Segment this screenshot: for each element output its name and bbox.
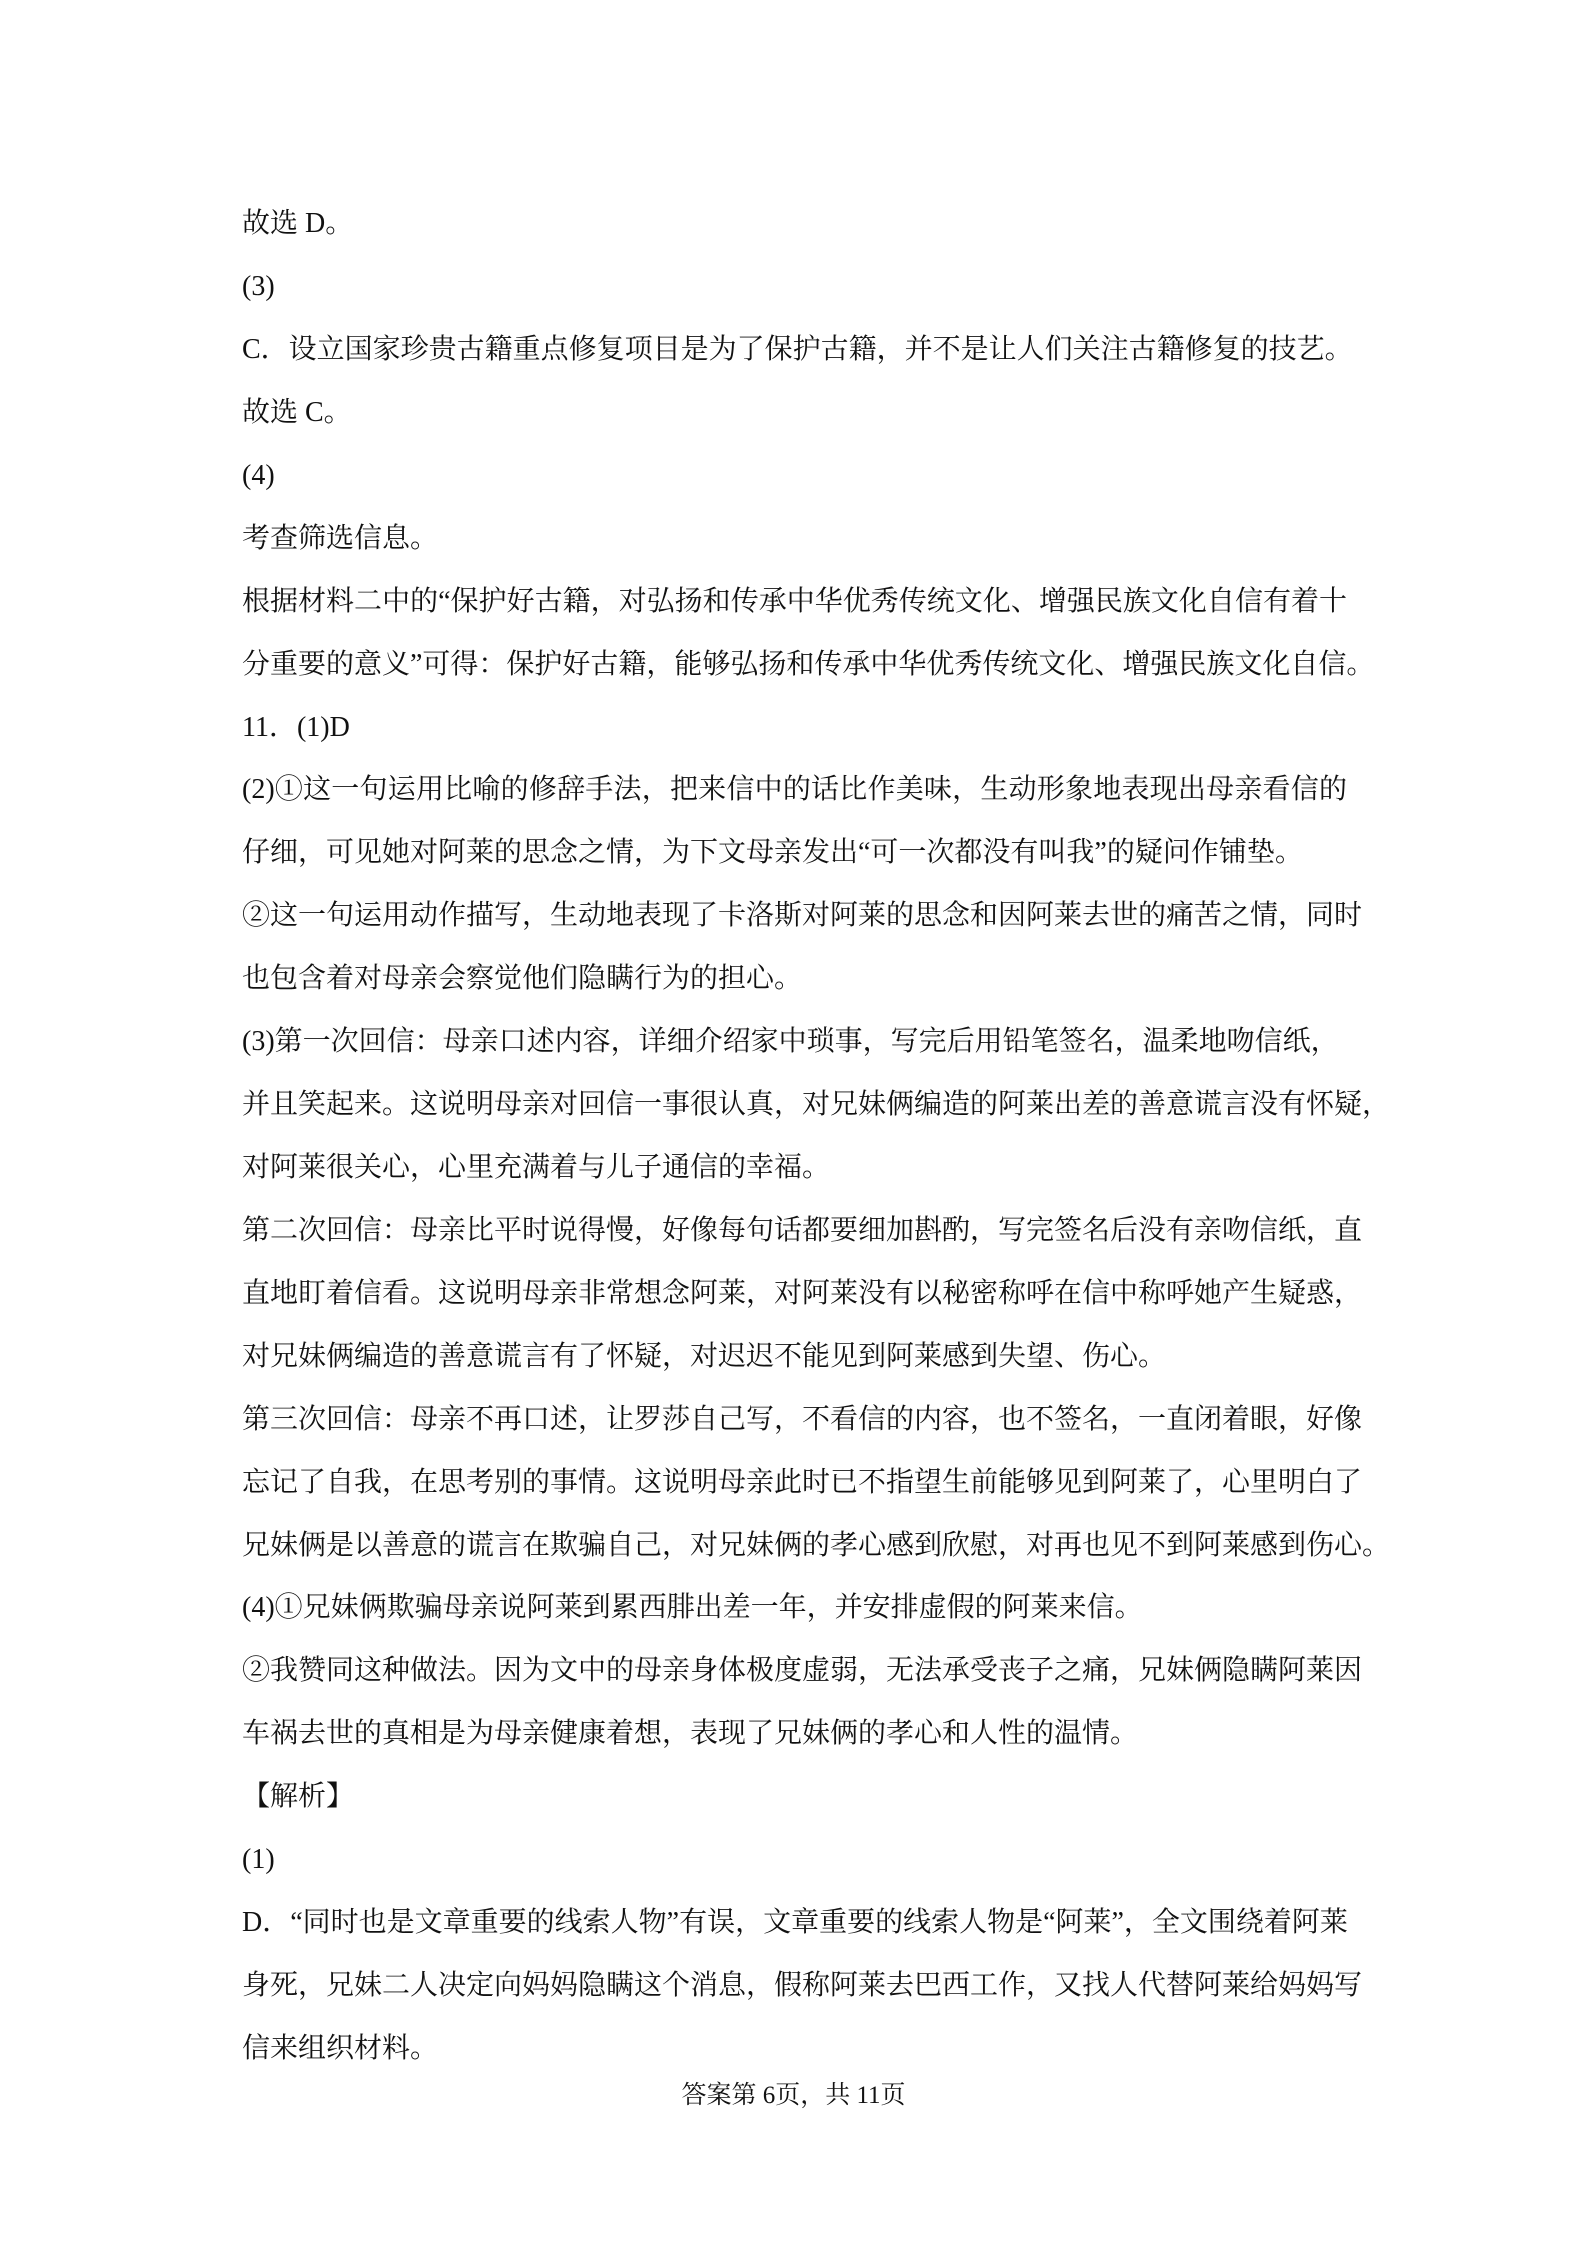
text-line: 对兄妹俩编造的善意谎言有了怀疑，对迟迟不能见到阿莱感到失望、伤心。 <box>242 1337 1166 1377</box>
text-line: (3) <box>242 267 275 307</box>
document-page: 故选 D。(3)C．设立国家珍贵古籍重点修复项目是为了保护古籍，并不是让人们关注… <box>0 0 1587 2245</box>
text-line: 信来组织材料。 <box>242 2029 438 2069</box>
text-line: ②这一句运用动作描写，生动地表现了卡洛斯对阿莱的思念和因阿莱去世的痛苦之情，同时 <box>242 896 1347 936</box>
text-line: 仔细，可见她对阿莱的思念之情，为下文母亲发出“可一次都没有叫我”的疑问作铺垫。 <box>242 833 1303 873</box>
text-line: 11．(1)D <box>242 708 350 748</box>
text-line: 忘记了自我，在思考别的事情。这说明母亲此时已不指望生前能够见到阿莱了，心里明白了 <box>242 1463 1347 1503</box>
text-line: 对阿莱很关心，心里充满着与儿子通信的幸福。 <box>242 1148 830 1188</box>
text-line: 兄妹俩是以善意的谎言在欺骗自己，对兄妹俩的孝心感到欣慰，对再也见不到阿莱感到伤心… <box>242 1526 1347 1566</box>
page-footer: 答案第 6页，共 11页 <box>0 2078 1587 2114</box>
text-line: (1) <box>242 1840 275 1880</box>
text-line: 直地盯着信看。这说明母亲非常想念阿莱，对阿莱没有以秘密称呼在信中称呼她产生疑惑， <box>242 1274 1347 1314</box>
text-line: 分重要的意义”可得：保护好古籍，能够弘扬和传承中华优秀传统文化、增强民族文化自信… <box>242 645 1347 685</box>
text-line: 身死，兄妹二人决定向妈妈隐瞒这个消息，假称阿莱去巴西工作，又找人代替阿莱给妈妈写 <box>242 1966 1347 2006</box>
text-line: C．设立国家珍贵古籍重点修复项目是为了保护古籍，并不是让人们关注古籍修复的技艺。 <box>242 330 1347 370</box>
text-line: 故选 D。 <box>242 204 353 244</box>
text-line: (2)①这一句运用比喻的修辞手法，把来信中的话比作美味，生动形象地表现出母亲看信… <box>242 770 1347 810</box>
text-line: (4)①兄妹俩欺骗母亲说阿莱到累西腓出差一年，并安排虚假的阿莱来信。 <box>242 1588 1143 1628</box>
text-line: D．“同时也是文章重要的线索人物”有误，文章重要的线索人物是“阿莱”，全文围绕着… <box>242 1903 1347 1943</box>
text-line: 也包含着对母亲会察觉他们隐瞒行为的担心。 <box>242 959 802 999</box>
text-line: (4) <box>242 456 275 496</box>
text-line: 【解析】 <box>242 1777 354 1817</box>
text-line: 第三次回信：母亲不再口述，让罗莎自己写，不看信的内容，也不签名，一直闭着眼，好像 <box>242 1400 1347 1440</box>
text-line: 并且笑起来。这说明母亲对回信一事很认真，对兄妹俩编造的阿莱出差的善意谎言没有怀疑… <box>242 1085 1347 1125</box>
text-line: 车祸去世的真相是为母亲健康着想，表现了兄妹俩的孝心和人性的温情。 <box>242 1714 1138 1754</box>
text-line: 根据材料二中的“保护好古籍，对弘扬和传承中华优秀传统文化、增强民族文化自信有着十 <box>242 582 1347 622</box>
text-line: 考查筛选信息。 <box>242 519 438 559</box>
text-line: 故选 C。 <box>242 393 352 433</box>
text-line: (3)第一次回信：母亲口述内容，详细介绍家中琐事，写完后用铅笔签名，温柔地吻信纸… <box>242 1022 1339 1062</box>
text-line: 第二次回信：母亲比平时说得慢，好像每句话都要细加斟酌，写完签名后没有亲吻信纸，直 <box>242 1211 1347 1251</box>
text-line: ②我赞同这种做法。因为文中的母亲身体极度虚弱，无法承受丧子之痛，兄妹俩隐瞒阿莱因 <box>242 1651 1347 1691</box>
